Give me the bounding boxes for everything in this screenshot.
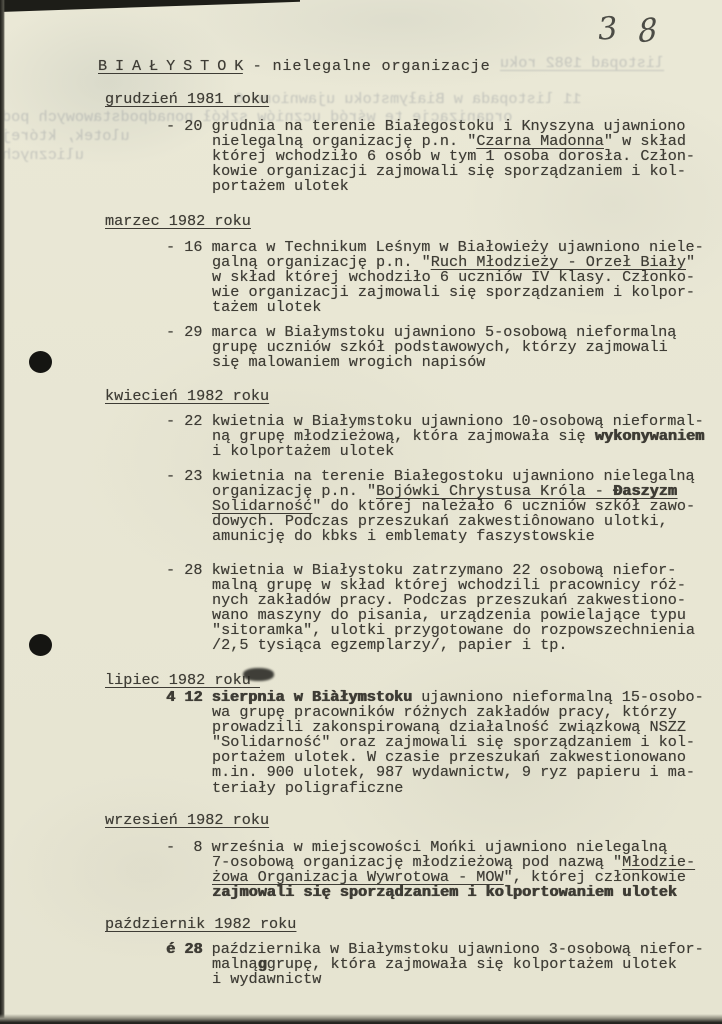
- text-segment: się malowaniem wrogich napisów: [212, 353, 485, 371]
- entry-line: /2,5 tysiąca egzemplarzy/, papier i tp.: [212, 638, 695, 653]
- text-segment: teriały poligraficzne: [212, 779, 403, 797]
- entry-item: - 28 kwietnia w Białystoku zatrzymano 22…: [166, 563, 695, 654]
- entry-item: - 22 kwietnia w Białymstoku ujawniono 10…: [166, 414, 704, 459]
- punch-hole: [29, 634, 52, 656]
- entry-line: teriały poligraficzne: [212, 781, 704, 796]
- text-segment: i kolportażem ulotek: [212, 442, 394, 460]
- text-segment: wykonywaniem: [595, 427, 704, 445]
- punch-hole: [29, 351, 52, 373]
- entry-item: 4 12 sierpnia w Biàłymstoku ujawniono ni…: [166, 690, 704, 796]
- entry-line: amunicję do kbks i emblematy faszystowsk…: [212, 529, 695, 544]
- bleedthrough-text: ulotek, której: [2, 129, 130, 144]
- month-header: marzec 1982 roku: [105, 214, 251, 229]
- entry-item: - 16 marca w Technikum Leśnym w Białowie…: [166, 240, 704, 315]
- text-segment: B I A Ł Y S T O K: [98, 57, 243, 75]
- month-header: lipiec 1982 roku: [105, 673, 260, 688]
- month-header: kwiecień 1982 roku: [105, 389, 269, 404]
- bleedthrough-text: ulicznych: [2, 148, 84, 163]
- text-segment: grupę, która zajmowała się kolportażem u…: [267, 955, 677, 973]
- month-header: wrzesień 1982 roku: [105, 813, 269, 828]
- text-segment: zajmowali się sporządzaniem i kolportowa…: [212, 883, 677, 901]
- entry-line: zajmowali się sporządzaniem i kolportowa…: [212, 885, 695, 900]
- scanned-document-page: listopad 1982 roku 11 listopada w Białym…: [0, 0, 722, 1024]
- text-segment: i wydawnictw: [212, 970, 321, 988]
- month-header: grudzień 1981 roku: [105, 92, 269, 107]
- entry-line: i wydawnictw: [212, 972, 704, 987]
- handwritten-digit: 8: [638, 14, 659, 49]
- ink-smudge: [243, 668, 274, 681]
- entry-line: portażem ulotek: [212, 179, 695, 194]
- text-segment: - nielegalne organizacje: [243, 57, 491, 75]
- entry-line: się malowaniem wrogich napisów: [212, 355, 676, 370]
- bleedthrough-text: 11 listopada w Białymstoku ujawniono 6: [235, 92, 581, 107]
- entry-item: é 28 października w Białymstoku ujawnion…: [166, 942, 704, 987]
- scan-edge-bottom: [0, 1014, 722, 1024]
- scan-edge-top: [0, 0, 300, 12]
- text-segment: /2,5 tysiąca egzemplarzy/, papier i tp.: [212, 636, 567, 654]
- scan-edge-left: [0, 0, 5, 1024]
- month-header: październik 1982 roku: [105, 917, 296, 932]
- bleedthrough-text: listopad 1982 roku: [500, 56, 664, 71]
- text-segment: tażem ulotek: [212, 298, 321, 316]
- entry-line: i kolportażem ulotek: [212, 444, 704, 459]
- text-segment: portażem ulotek: [212, 177, 349, 195]
- entry-line: tażem ulotek: [212, 300, 704, 315]
- entry-item: - 8 września w miejscowości Mońki ujawni…: [166, 840, 695, 900]
- entry-item: - 20 grudnia na terenie Białegostoku i K…: [166, 119, 695, 194]
- entry-item: - 23 kwietnia na terenie Białegostoku uj…: [166, 469, 695, 544]
- text-segment: amunicję do kbks i emblematy faszystowsk…: [212, 527, 595, 545]
- handwritten-digit: 3: [597, 13, 619, 45]
- entry-item: - 29 marca w Białymstoku ujawniono 5-oso…: [166, 325, 676, 370]
- document-title: B I A Ł Y S T O K - nielegalne organizac…: [98, 59, 491, 74]
- text-segment: é 28: [166, 940, 212, 958]
